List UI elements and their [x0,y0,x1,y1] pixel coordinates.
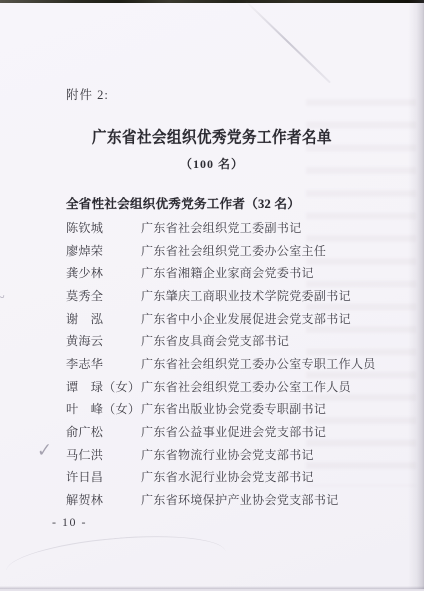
person-name: 许日昌 [66,468,141,485]
person-title: 广东省湘籍企业家商会党委书记 [141,264,314,281]
person-title: 广东省中小企业发展促进会党支部书记 [141,310,351,327]
person-list: 陈钦城 广东省社会组织党工委副书记 廖焯荣 广东省社会组织党工委办公室主任 龚少… [66,216,406,511]
person-title: 广东省社会组织党工委副书记 [141,219,302,236]
list-item: 俞广松 广东省公益事业促进会党支部书记 [66,420,406,443]
scan-top-edge [0,0,424,3]
person-name: 黄海云 [66,332,141,349]
person-name: 李志华 [66,355,141,372]
person-name: 陈钦城 [66,219,141,236]
person-name: 马仁洪 [66,446,141,463]
person-title: 广东省社会组织党工委办公室工作人员 [141,378,351,395]
list-item: 莫秀全 广东肇庆工商职业技术学院党委副书记 [66,284,406,307]
person-name: 俞广松 [66,423,141,440]
person-title: 广东肇庆工商职业技术学院党委副书记 [141,287,351,304]
person-name: 龚少林 [66,264,141,281]
list-item: 谢 泓 广东省中小企业发展促进会党支部书记 [66,307,406,330]
document-subtitle: （100 名） [0,155,424,172]
person-title: 广东省皮具商会党支部书记 [141,332,289,349]
section-heading: 全省性社会组织优秀党务工作者（32 名） [66,194,300,212]
person-name: 解贺林 [66,491,141,508]
person-name: 莫秀全 [66,287,141,304]
page-number: - 10 - [52,515,87,530]
person-title: 广东省水泥行业协会党支部书记 [141,468,314,485]
attachment-label: 附件 2: [66,85,109,103]
list-item: 谭 琭（女） 广东省社会组织党工委办公室工作人员 [66,375,406,398]
person-name: 廖焯荣 [66,242,141,259]
scanned-page: ~ 附件 2: 广东省社会组织优秀党务工作者名单 （100 名） 全省性社会组织… [0,0,424,591]
left-edge-pencil-mark: ~ [0,289,7,307]
list-item: 陈钦城 广东省社会组织党工委副书记 [66,216,406,239]
document-title: 广东省社会组织优秀党务工作者名单 [0,125,424,148]
list-item: 叶 峰（女） 广东省出版业协会党委专职副书记 [66,398,406,421]
list-item: 解贺林 广东省环境保护产业协会党支部书记 [66,488,406,511]
person-name: 叶 峰（女） [66,400,141,417]
person-title: 广东省公益事业促进会党支部书记 [141,423,326,440]
person-name: 谭 琭（女） [66,378,141,395]
list-item: 李志华 广东省社会组织党工委办公室专职工作人员 [66,352,406,375]
scan-bottom-edge [0,586,424,591]
paper-fold-crease [245,0,331,83]
list-item: 龚少林 广东省湘籍企业家商会党委书记 [66,261,406,284]
list-item: 廖焯荣 广东省社会组织党工委办公室主任 [66,239,406,262]
paper-bottom-crease [4,529,227,591]
person-title: 广东省物流行业协会党支部书记 [141,446,314,463]
list-item: 黄海云 广东省皮具商会党支部书记 [66,329,406,352]
list-item: 马仁洪 广东省物流行业协会党支部书记 [66,443,406,466]
person-title: 广东省环境保护产业协会党支部书记 [141,491,339,508]
person-title: 广东省社会组织党工委办公室主任 [141,242,326,259]
pencil-checkmark-icon: ✓ [37,439,52,462]
person-name: 谢 泓 [66,310,141,327]
person-title: 广东省出版业协会党委专职副书记 [141,400,326,417]
list-item: 许日昌 广东省水泥行业协会党支部书记 [66,466,406,489]
person-title: 广东省社会组织党工委办公室专职工作人员 [141,355,376,372]
